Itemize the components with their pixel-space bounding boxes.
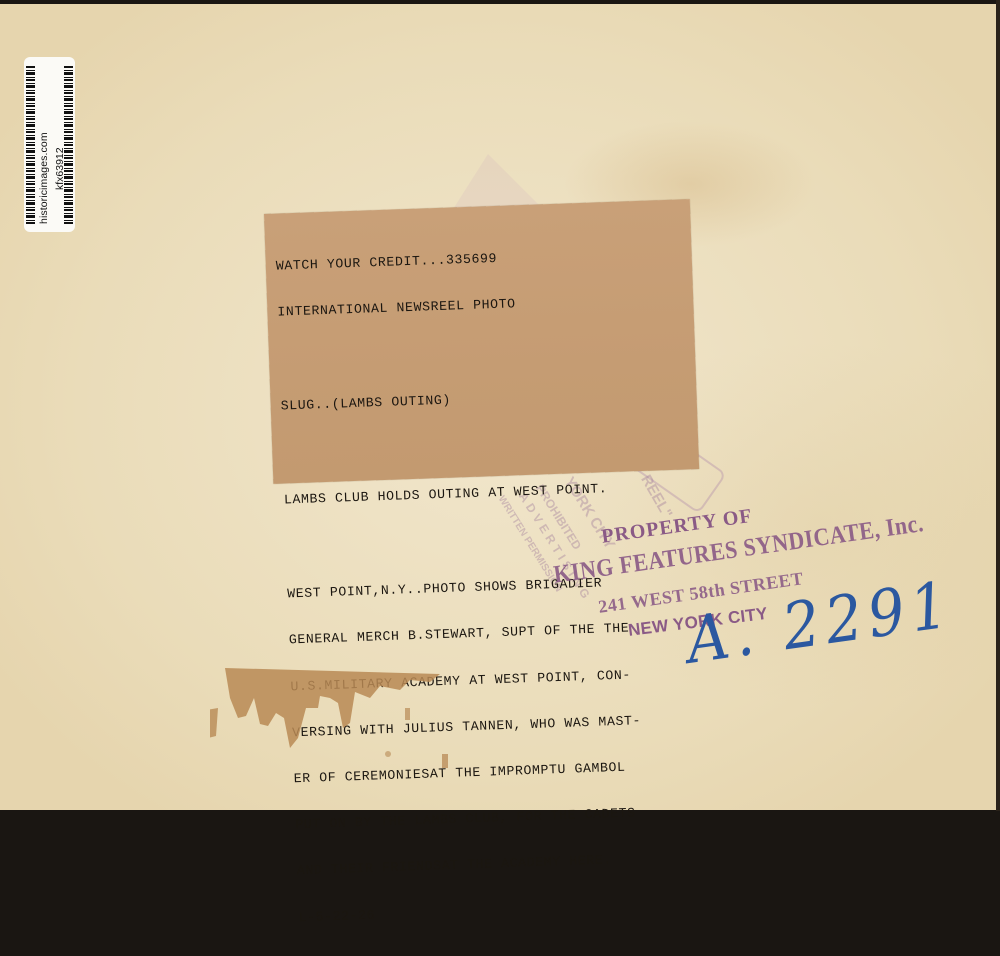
water-stain [210,668,470,768]
barcode-site-text: historicimages.com [38,132,50,224]
caption-body-line: GENERAL MERCH B.STEWART, SUPT OF THE THE [289,621,638,649]
caption-blank [279,339,628,368]
caption-agency-line: INTERNATIONAL NEWSREEL PHOTO [277,292,626,320]
photo-back-page: historicimages.com kfx63912 YORK CITY PR… [0,4,996,810]
caption-blank [285,527,634,556]
caption-body-line: PUT ON BY THE LAMBS CLUB, FOR THE CADETS [295,805,644,811]
caption-headline: LAMBS CLUB HOLDS OUTING AT WEST POINT. [284,480,633,508]
caption-slug-line: SLUG..(LAMBS OUTING) [280,386,629,414]
caption-card: WATCH YOUR CREDIT...335699 INTERNATIONAL… [264,199,699,484]
caption-credit-line: WATCH YOUR CREDIT...335699 [276,246,625,274]
barcode-bars-icon [26,66,35,224]
barcode-label: historicimages.com kfx63912 [24,57,75,232]
caption-blank [282,433,631,462]
page-edge [996,0,1000,811]
barcode-bars-icon [64,66,73,224]
